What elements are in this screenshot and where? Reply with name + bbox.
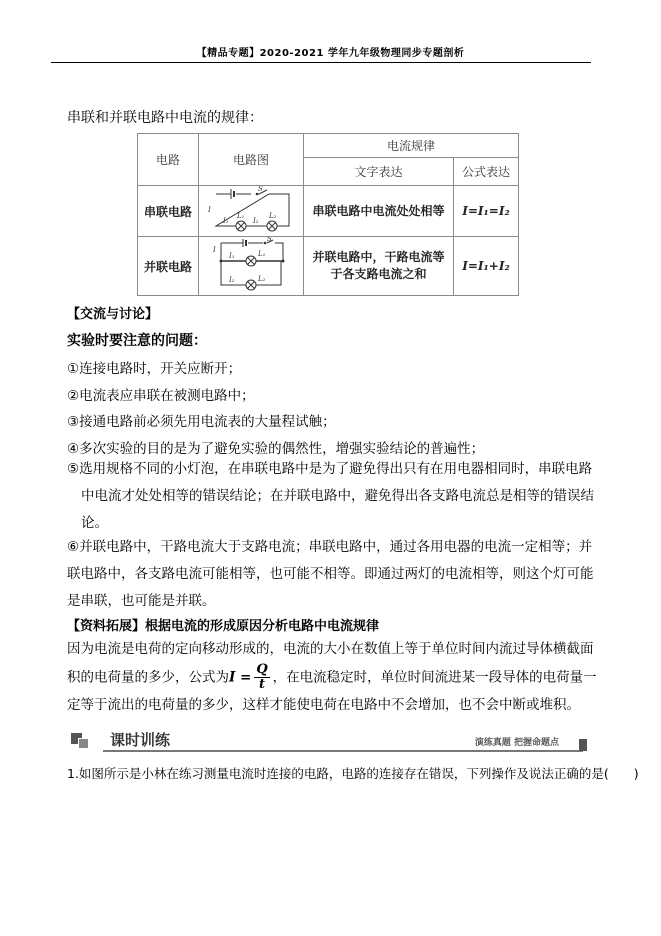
section-banner: 课时训练 演练真题 把握命题点	[67, 727, 597, 753]
header-circuit: 电路	[138, 134, 199, 186]
fraction-numerator: Q	[254, 663, 269, 678]
svg-text:I₁: I₁	[222, 217, 229, 225]
charge-over-time-fraction: Qt	[254, 663, 269, 692]
svg-text:I: I	[212, 246, 216, 254]
header-text-expression: 文字表达	[304, 158, 454, 186]
banner-end-block-icon	[579, 739, 587, 751]
intro-text: 串联和并联电路中电流的规律：	[67, 107, 263, 127]
fraction-denominator: t	[259, 677, 265, 692]
header-rule-group: 电流规律	[304, 134, 519, 158]
svg-text:L₁: L₁	[236, 212, 245, 220]
svg-text:I₂: I₂	[252, 217, 259, 225]
table-row-parallel: 并联电路 S I I₁	[138, 237, 519, 296]
discussion-item-5: ⑤选用规格不同的小灯泡，在串联电路中是为了避免得出只有在用电器相同时，串联电路中…	[67, 456, 599, 537]
discussion-item-1: ①连接电路时，开关应断开；	[67, 357, 241, 377]
parallel-rule-formula: I=I₁+I₂	[454, 237, 519, 296]
current-rules-table: 电路 电路图 电流规律 文字表达 公式表达 串联电路 S	[137, 133, 519, 296]
discussion-subheading: 实验时要注意的问题：	[67, 330, 207, 350]
header-formula-expression: 公式表达	[454, 158, 519, 186]
banner-tagline: 演练真题 把握命题点	[475, 735, 559, 748]
series-circuit-diagram-icon: S I I₁ L₁ I₂ L₂	[201, 186, 301, 232]
svg-text:L₂: L₂	[268, 212, 277, 220]
discussion-item-6: ⑥并联电路中，干路电流大于支路电流；串联电路中，通过各用电器的电流一定相等；并联…	[67, 534, 599, 615]
svg-text:I₂: I₂	[228, 276, 235, 284]
svg-text:L₁: L₁	[257, 250, 266, 258]
row-label: 串联电路	[138, 186, 199, 237]
svg-text:I₁: I₁	[228, 252, 235, 260]
svg-text:I: I	[207, 206, 211, 214]
row-label: 并联电路	[138, 237, 199, 296]
formula-lhs: I =	[229, 670, 251, 686]
discussion-heading: 【交流与讨论】	[67, 303, 158, 322]
parallel-circuit-diagram-icon: S I I₁ L₁ I₂ L₂	[201, 237, 301, 291]
extension-heading: 【资料拓展】根据电流的形成原因分析电路中电流规律	[67, 615, 379, 634]
discussion-item-2: ②电流表应串联在被测电路中；	[67, 384, 255, 404]
discussion-item-4: ④多次实验的目的是为了避免实验的偶然性，增强实验结论的普遍性；	[67, 437, 484, 457]
discussion-item-3: ③接通电路前必须先用电流表的大量程试触；	[67, 410, 336, 430]
series-circuit-diagram: S I I₁ L₁ I₂ L₂	[199, 186, 304, 237]
series-rule-text: 串联电路中电流处处相等	[304, 186, 454, 237]
parallel-rule-text-line2: 于各支路电流之和	[304, 266, 453, 283]
extension-paragraph: 因为电流是电荷的定向移动形成的，电流的大小在数值上等于单位时间内流过导体横截面积…	[67, 636, 599, 719]
page-header-title: 【精品专题】2020-2021 学年九年级物理同步专题剖析	[0, 44, 661, 59]
header-diagram: 电路图	[199, 134, 304, 186]
svg-text:S: S	[267, 237, 272, 243]
header-divider	[51, 62, 591, 63]
svg-text:S: S	[258, 186, 263, 193]
banner-square-overlay-icon	[78, 738, 89, 749]
parallel-rule-text: 并联电路中，干路电流等 于各支路电流之和	[304, 237, 454, 296]
parallel-rule-text-line1: 并联电路中，干路电流等	[304, 249, 453, 266]
table-row-series: 串联电路 S I I₁ L₁ I₂	[138, 186, 519, 237]
question-1: 1.如图所示是小林在练习测量电流时连接的电路，电路的连接存在错误，下列操作及说法…	[67, 764, 639, 782]
series-rule-formula: I=I₁=I₂	[454, 186, 519, 237]
banner-title: 课时训练	[110, 729, 170, 750]
parallel-circuit-diagram: S I I₁ L₁ I₂ L₂	[199, 237, 304, 296]
banner-underline	[103, 750, 583, 752]
svg-text:L₂: L₂	[257, 275, 266, 283]
